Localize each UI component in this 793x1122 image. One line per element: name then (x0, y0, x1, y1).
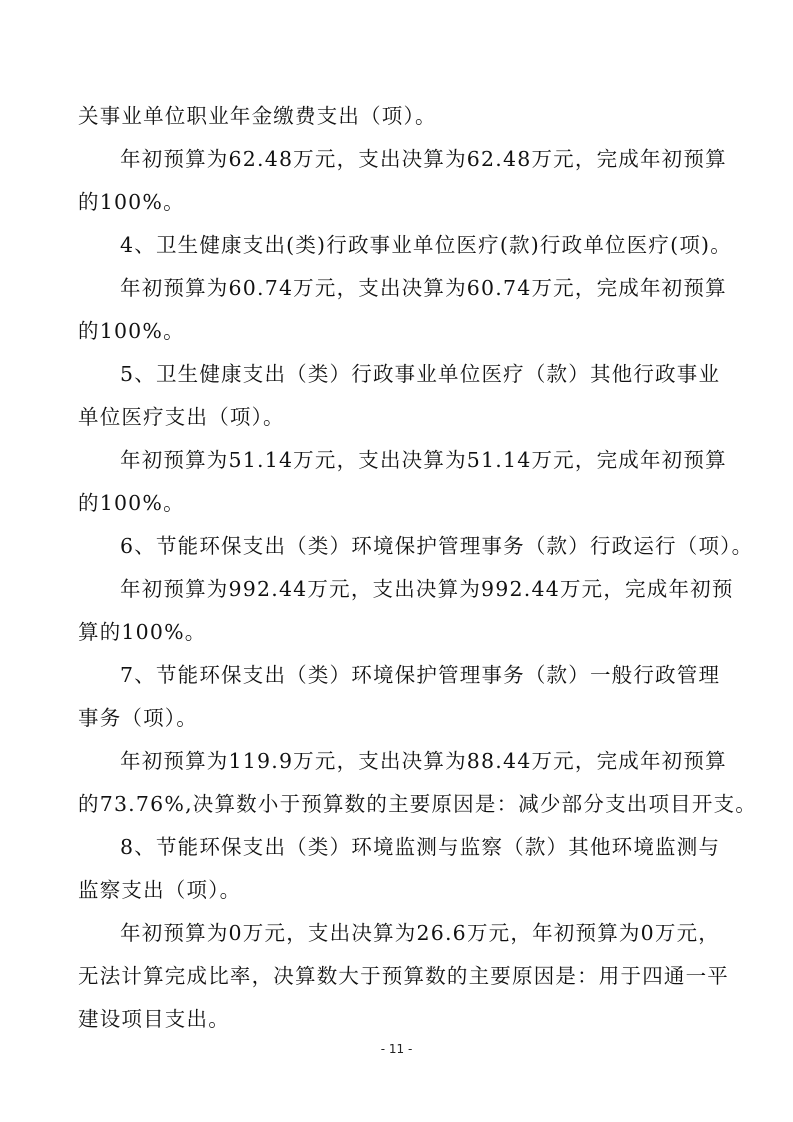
text-line: 年初预算为119.9万元，支出决算为88.44万元，完成年初预算 (120, 748, 720, 774)
text-line: 7、节能环保支出（类）环境保护管理事务（款）一般行政管理 (120, 662, 720, 688)
text-line: 4、卫生健康支出(类)行政事业单位医疗(款)行政单位医疗(项)。 (120, 232, 720, 258)
document-page: 关事业单位职业年金缴费支出（项）。年初预算为62.48万元，支出决算为62.48… (0, 0, 793, 1122)
page-number: - 11 - (0, 1042, 793, 1056)
text-line: 5、卫生健康支出（类）行政事业单位医疗（款）其他行政事业 (120, 361, 720, 387)
text-line: 6、节能环保支出（类）环境保护管理事务（款）行政运行（项）。 (120, 533, 720, 559)
text-line: 年初预算为992.44万元，支出决算为992.44万元，完成年初预 (120, 576, 720, 602)
text-line: 单位医疗支出（项）。 (78, 404, 720, 430)
text-line: 的100%。 (78, 189, 720, 215)
text-line: 年初预算为60.74万元，支出决算为60.74万元，完成年初预算 (120, 275, 720, 301)
text-line: 的73.76%,决算数小于预算数的主要原因是：减少部分支出项目开支。 (78, 791, 720, 817)
text-line: 算的100%。 (78, 619, 720, 645)
text-line: 事务（项）。 (78, 705, 720, 731)
text-line: 无法计算完成比率，决算数大于预算数的主要原因是：用于四通一平 (78, 963, 720, 989)
text-line: 建设项目支出。 (78, 1006, 720, 1032)
text-line: 年初预算为51.14万元，支出决算为51.14万元，完成年初预算 (120, 447, 720, 473)
text-line: 的100%。 (78, 490, 720, 516)
text-line: 的100%。 (78, 318, 720, 344)
text-line: 8、节能环保支出（类）环境监测与监察（款）其他环境监测与 (120, 834, 720, 860)
text-line: 年初预算为62.48万元，支出决算为62.48万元，完成年初预算 (120, 146, 720, 172)
text-line: 年初预算为0万元，支出决算为26.6万元，年初预算为0万元， (120, 920, 720, 946)
text-line: 监察支出（项）。 (78, 877, 720, 903)
text-line: 关事业单位职业年金缴费支出（项）。 (78, 103, 720, 129)
